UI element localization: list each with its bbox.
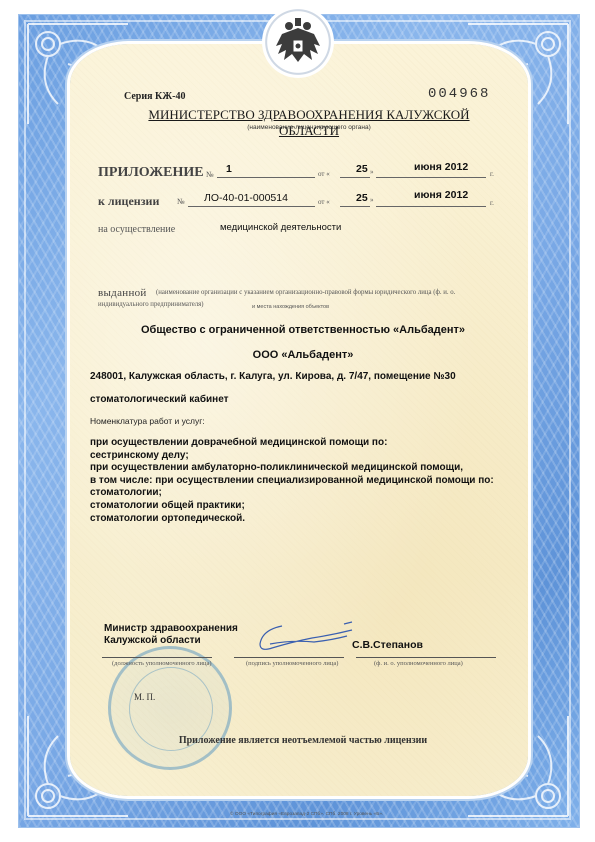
license-month-year: июня 2012 [414, 189, 468, 201]
appendix-year-suffix: г. [490, 170, 494, 178]
issued-to-label: выданной [98, 287, 147, 299]
organization-full-name: Общество с ограниченной ответственностью… [98, 324, 508, 337]
facility-type: стоматологический кабинет [90, 394, 229, 407]
name-line [356, 657, 496, 658]
appendix-from-label: от « [318, 170, 330, 178]
name-caption: (ф. и. о. уполномоченного лица) [374, 660, 463, 667]
license-year-suffix: г. [490, 199, 494, 207]
signature-line [234, 657, 344, 658]
signature-caption: (подпись уполномоченного лица) [246, 660, 338, 667]
license-day-line [340, 206, 370, 207]
appendix-no-sign: № [206, 170, 214, 179]
services-heading: Номенклатура работ и услуг: [90, 416, 205, 426]
appendix-day-close: » [370, 168, 374, 176]
signatory-name: С.В.Степанов [352, 639, 423, 652]
printer-imprint: © ООО «Типография «Еврозапад-2 СПб». СПб… [230, 812, 383, 817]
license-day-close: » [370, 196, 374, 204]
issuing-authority: МИНИСТЕРСТВО ЗДРАВООХРАНЕНИЯ КАЛУЖСКОЙ О… [124, 107, 494, 139]
series-label: Серия КЖ-40 [124, 91, 185, 102]
service-line: в том числе: при осуществлении специализ… [90, 475, 510, 488]
organization-short-name: ООО «Альбадент» [98, 349, 508, 362]
license-day: 25 [356, 192, 368, 204]
services-list: при осуществлении доврачебной медицинско… [90, 437, 510, 525]
position-line [102, 657, 212, 658]
service-line: сестринскому делу; [90, 450, 510, 463]
appendix-number: 1 [226, 163, 232, 175]
appendix-label: ПРИЛОЖЕНИЕ [98, 165, 204, 181]
service-line: при осуществлении амбулаторно-поликлинич… [90, 462, 510, 475]
service-line: стоматологии; [90, 487, 510, 500]
activity-label: на осуществление [98, 224, 175, 235]
license-from-label: от « [318, 198, 330, 206]
document-number: 004968 [428, 86, 490, 102]
service-line: стоматологии ортопедической. [90, 513, 510, 526]
signatory-position-line1: Министр здравоохранения [104, 623, 238, 635]
issued-to-caption-extra: и места нахождения объектов [252, 304, 329, 310]
footer-note: Приложение является неотъемлемой частью … [98, 735, 508, 746]
license-number: ЛО-40-01-000514 [204, 192, 288, 204]
appendix-number-line [217, 177, 315, 178]
license-number-line [188, 206, 315, 207]
activity-value: медицинской деятельности [220, 222, 341, 233]
issued-to-caption-line2: индивидуального предпринимателя) [98, 301, 204, 308]
signature-mark [252, 618, 362, 658]
appendix-month-year: июня 2012 [414, 161, 468, 173]
issued-to-caption-line1: (наименование организации с указанием ор… [156, 289, 455, 296]
appendix-day-line [340, 177, 370, 178]
service-line: стоматологии общей практики; [90, 500, 510, 513]
license-label: к лицензии [98, 194, 159, 209]
coat-of-arms-emblem-icon [262, 6, 334, 78]
appendix-month-line [376, 177, 486, 178]
position-caption: (должность уполномоченного лица) [112, 660, 212, 667]
license-no-sign: № [177, 197, 185, 206]
appendix-day: 25 [356, 163, 368, 175]
signatory-position: Министр здравоохранения Калужской област… [104, 623, 238, 647]
service-line: при осуществлении доврачебной медицинско… [90, 437, 510, 450]
signatory-position-line2: Калужской области [104, 635, 238, 647]
seal-label: М. П. [134, 692, 155, 702]
license-month-line [376, 206, 486, 207]
issuing-authority-caption: (наименование лицензирующего органа) [124, 124, 494, 131]
organization-address: 248001, Калужская область, г. Калуга, ул… [90, 371, 456, 384]
